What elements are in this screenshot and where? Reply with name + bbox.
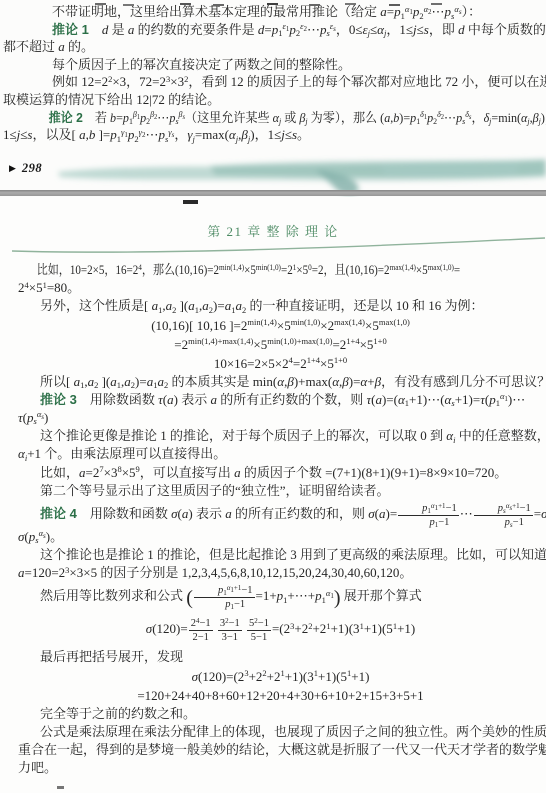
line-text: 第二个等号显示出了这里质因子的“独立性”，证明留给读者。 [40, 483, 390, 498]
clipped-bottom-fragment [57, 786, 64, 789]
text-line: 完全等于之前的约数之和。 [18, 705, 543, 723]
text-line: 最后再把括号展开，发现 [18, 648, 543, 666]
line-text: 然后用等比数列求和公式 (p1α1+1−1p1−1=1+p1+⋯+p1α1) 展… [40, 588, 422, 603]
line-text: 最后再把括号展开，发现 [40, 649, 183, 664]
line-text: 用除数函数 τ(a) 表示 a 的所有正约数的个数，则 τ(a)=(α1+1)⋯… [77, 392, 525, 407]
line-text: =120+24+40+8+60+12+20+4+30+6+10+2+15+3+5… [137, 688, 423, 703]
line-text: 力吧。 [18, 760, 57, 775]
page-number: 298 [22, 161, 42, 176]
line-text: σ(120)=24−12−1 32−13−1 52−15−1=(23+22+21… [146, 621, 415, 636]
line-text: 例如 12=22×3，72=23×32，看到 12 的质因子上的每个幂次都对应地… [52, 74, 546, 89]
line-text: 用除数和函数 σ(a) 表示 a 的所有正约数的和，则 σ(a)=p1α1+1−… [77, 506, 546, 521]
line-text: 比如，a=27×38×59，可以直接写出 a 的质因子个数 =(7+1)(8+1… [40, 465, 507, 480]
formula-line: τ(psαs) [18, 409, 543, 427]
text-line: 都不超过 a 的。 [3, 38, 544, 56]
text-line: 不带证明地，这里给出算术基本定理的最常用推论（给定 a=p1α1p2α2⋯psα… [3, 3, 544, 21]
line-text: 取模运算的情况下给出 12|72 的结论。 [3, 92, 220, 107]
text-line: 取模运算的情况下给出 12|72 的结论。 [3, 91, 544, 109]
page-separator [0, 190, 546, 196]
line-text: (10,16)[ 10,16 ]=2min(1,4)×5min(1,0)×2ma… [151, 318, 410, 333]
text-line: 这个推论也是推论 1 的推论，但是比起推论 3 用到了更高级的乘法原理。比如，可… [18, 546, 543, 564]
display-formula: σ(120)=24−12−1 32−13−1 52−15−1=(23+22+21… [18, 612, 543, 646]
line-text: 都不超过 a 的。 [3, 39, 94, 54]
corollary-3-line: 推论 3 用除数函数 τ(a) 表示 a 的所有正约数的个数，则 τ(a)=(α… [18, 391, 543, 409]
formula-line: σ(psαs)。 [18, 528, 543, 546]
text-line: 例如 12=22×3，72=23×32，看到 12 的质因子上的每个幂次都对应地… [3, 73, 544, 91]
formula-line: 1≤j≤s，以及[ a,b ]=p1γ1p2γ2⋯psγs，γj=max(αj,… [3, 126, 544, 144]
text-line: 比如，a=27×38×59，可以直接写出 a 的质因子个数 =(7+1)(8+1… [18, 464, 543, 482]
line-text: 所以[ a1,a2 ](a1,a2)=a1a2 的本质其实是 min(α,β)+… [40, 374, 546, 389]
line-text: 这个推论也是推论 1 的推论，但是比起推论 3 用到了更高级的乘法原理。比如，可… [40, 547, 546, 562]
line-text: 比如，10=2×5，16=24，那么(10,16)=2min(1,4)×5min… [37, 262, 460, 277]
corollary-label: 推论 3 [40, 392, 77, 407]
text-line: 第二个等号显示出了这里质因子的“独立性”，证明留给读者。 [18, 482, 543, 500]
line-text: σ(120)=(23+22+21+1)(31+1)(51+1) [192, 669, 370, 684]
line-text: 1≤j≤s，以及[ a,b ]=p1γ1p2γ2⋯psγs，γj=max(αj,… [3, 127, 310, 142]
corollary-label: 推论 4 [40, 506, 77, 521]
text-line: 另外，这个性质是[ a1,a2 ](a1,a2)=a1a2 的一种直接证明，还是… [18, 297, 543, 315]
text-line: 重合在一起，得到的是梦境一般美妙的结论，大概这就是折服了一代又一代天才学者的数学… [18, 741, 543, 759]
formula-line: 24×51=80。 [18, 279, 543, 297]
corollary-2-line: 推论 2 若 b=p1β1p2β2⋯psβs（这里允许某些 αj 或 βj 为零… [3, 109, 506, 127]
line-text: 另外，这个性质是[ a1,a2 ](a1,a2)=a1a2 的一种直接证明，还是… [40, 298, 483, 313]
line-text: =2min(1,4)+max(1,4)×5min(1,0)+max(1,0)=2… [174, 337, 386, 352]
line-text: τ(psαs) [18, 410, 48, 425]
display-formula: σ(120)=(23+22+21+1)(31+1)(51+1) [18, 667, 543, 686]
page-body: 比如，10=2×5，16=24，那么(10,16)=2min(1,4)×5min… [18, 261, 543, 777]
formula-line: 比如，10=2×5，16=24，那么(10,16)=2min(1,4)×5min… [18, 261, 464, 279]
previous-page-fragment: 不带证明地，这里给出算术基本定理的最常用推论（给定 a=p1α1p2α2⋯psα… [3, 3, 544, 144]
header-underline-curve [0, 232, 546, 256]
line-text: 公式是乘法原理在乘法分配律上的体现，也展现了质因子之间的独立性。两个美妙的性质 [40, 724, 546, 739]
display-formula: (10,16)[ 10,16 ]=2min(1,4)×5min(1,0)×2ma… [18, 316, 543, 335]
text-line: 所以[ a1,a2 ](a1,a2)=a1a2 的本质其实是 min(α,β)+… [18, 373, 543, 391]
corollary-label: 推论 2 [49, 110, 83, 125]
line-text: 10×16=2×5×24=21+4×51+0 [214, 356, 347, 371]
line-text: 24×51=80。 [18, 280, 80, 295]
textbook-scan-page: { "colors":{"chapter_green":"#4c8a63","c… [0, 0, 546, 793]
line-text: σ(psαs)。 [18, 529, 63, 544]
text-line: αi+1 个。由乘法原理可以直接得出。 [18, 445, 543, 463]
corollary-4-line: 推论 4 用除数和函数 σ(a) 表示 a 的所有正约数的和，则 σ(a)=p1… [18, 500, 543, 528]
corollary-label: 推论 1 [52, 22, 89, 37]
clipped-text-fragments [95, 3, 106, 5]
page-footer: ▶ 298 [9, 161, 42, 176]
line-text: 若 b=p1β1p2β2⋯psβs（这里允许某些 αj 或 βj 为零），那么 … [83, 110, 546, 125]
line-text: 这个推论更像是推论 1 的推论，对于每个质因子上的幂次，可以取 0 到 αi 中… [40, 428, 546, 443]
text-line: 然后用等比数列求和公式 (p1α1+1−1p1−1=1+p1+⋯+p1α1) 展… [18, 582, 543, 610]
triangle-marker-icon: ▶ [9, 164, 16, 174]
display-formula: 10×16=2×5×24=21+4×51+0 [18, 354, 543, 373]
line-text: 每个质因子上的幂次直接决定了两数之间的整除性。 [52, 57, 351, 72]
text-line: a=120=23×3×5 的因子分别是 1,2,3,4,5,6,8,10,12,… [18, 564, 543, 582]
line-text: 不带证明地，这里给出算术基本定理的最常用推论（给定 a=p1α1p2α2⋯psα… [52, 4, 481, 19]
display-formula: =2min(1,4)+max(1,4)×5min(1,0)+max(1,0)=2… [18, 335, 543, 354]
current-page: 第 21 章 整 除 理 论 比如，10=2×5，16=24，那么(10,16)… [0, 197, 546, 793]
line-text: d 是 a 的约数的充要条件是 d=p1ε1p2ε2⋯psεs，0≤εj≤αj，… [89, 22, 546, 37]
text-line: 每个质因子上的幂次直接决定了两数之间的整除性。 [3, 56, 544, 74]
section-break-dash [183, 200, 198, 204]
corollary-1-line: 推论 1 d 是 a 的约数的充要条件是 d=p1ε1p2ε2⋯psεs，0≤ε… [3, 21, 544, 39]
display-formula: =120+24+40+8+60+12+20+4+30+6+10+2+15+3+5… [18, 686, 543, 705]
line-text: 完全等于之前的约数之和。 [40, 706, 196, 721]
text-line: 这个推论更像是推论 1 的推论，对于每个质因子上的幂次，可以取 0 到 αi 中… [18, 427, 543, 445]
line-text: a=120=23×3×5 的因子分别是 1,2,3,4,5,6,8,10,12,… [18, 565, 412, 580]
line-text: 重合在一起，得到的是梦境一般美妙的结论，大概这就是折服了一代又一代天才学者的数学… [18, 742, 546, 757]
line-text: αi+1 个。由乘法原理可以直接得出。 [18, 446, 226, 461]
text-line: 公式是乘法原理在乘法分配律上的体现，也展现了质因子之间的独立性。两个美妙的性质 [18, 723, 543, 741]
text-line: 力吧。 [18, 759, 543, 777]
